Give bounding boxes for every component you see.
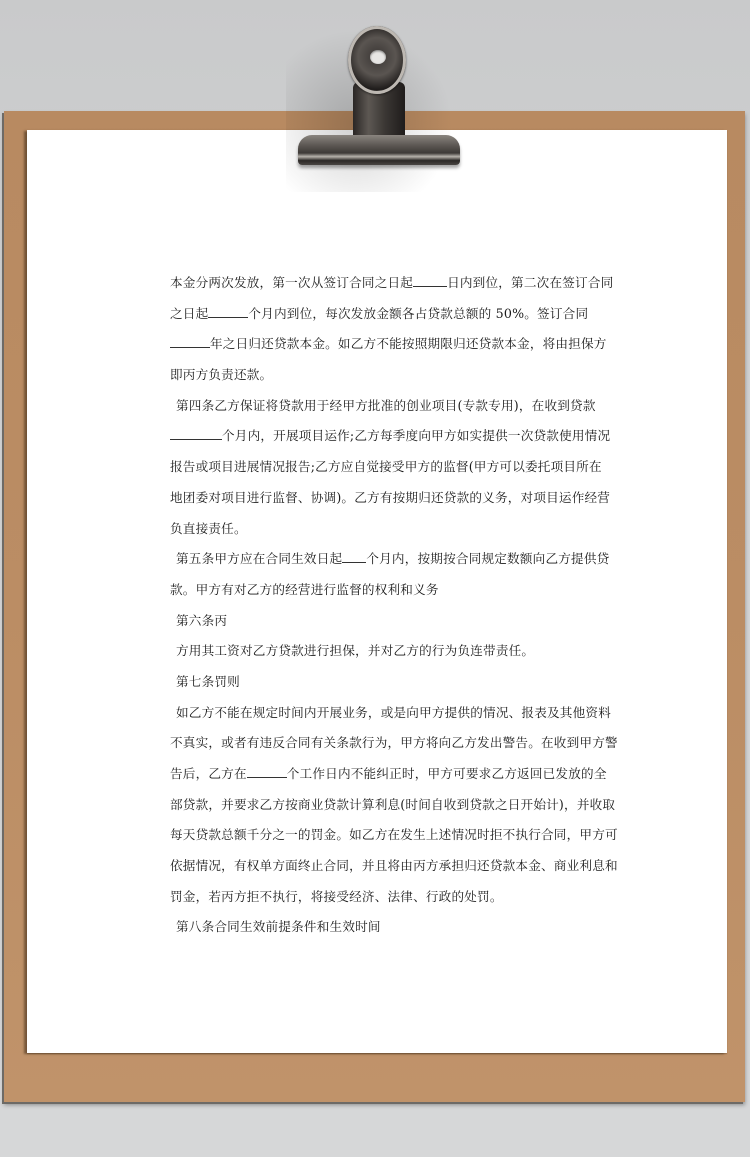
line-text: 第八条合同生效前提条件和生效时间 [176, 919, 381, 934]
line-text: 第四条乙方保证将贷款用于经甲方批准的创业项目(专款专用)，在收到贷款 [176, 398, 596, 413]
line-text: 负直接责任。 [170, 521, 247, 536]
fill-in-blank [208, 305, 248, 318]
line-text: 个月内，按期按合同规定数额向乙方提供贷 [366, 551, 609, 566]
line-text: 款。甲方有对乙方的经营进行监督的权利和义务 [170, 582, 439, 597]
line-text: 第六条丙 [176, 613, 227, 628]
line-text: 个月内到位，每次发放金额各占贷款总额的 50%。签订合同 [248, 306, 588, 321]
line-text: 罚金，若丙方拒不执行，将接受经济、法律、行政的处罚。 [170, 889, 503, 904]
fill-in-blank [413, 274, 447, 287]
line-text: 日内到位，第二次在签订合同 [447, 275, 613, 290]
line-text: 如乙方不能在规定时间内开展业务，或是向甲方提供的情况、报表及其他资料 [176, 705, 611, 720]
line-text: 第五条甲方应在合同生效日起 [176, 551, 342, 566]
document-line: 个月内，开展项目运作;乙方每季度向甲方如实提供一次贷款使用情况 [170, 426, 586, 457]
document-line: 第六条丙 [170, 611, 586, 642]
document-line: 年之日归还贷款本金。如乙方不能按照期限归还贷款本金，将由担保方 [170, 334, 586, 365]
line-text: 个工作日内不能纠正时，甲方可要求乙方返回已发放的全 [287, 766, 607, 781]
fill-in-blank [170, 427, 222, 440]
clip-ring-hole [370, 50, 386, 64]
document-line: 即丙方负责还款。 [170, 365, 586, 396]
line-text: 每天贷款总额千分之一的罚金。如乙方在发生上述情况时拒不执行合同，甲方可 [170, 827, 618, 842]
line-text: 即丙方负责还款。 [170, 367, 272, 382]
document-line: 方用其工资对乙方贷款进行担保，并对乙方的行为负连带责任。 [170, 641, 586, 672]
document-line: 每天贷款总额千分之一的罚金。如乙方在发生上述情况时拒不执行合同，甲方可 [170, 825, 586, 856]
document-body: 本金分两次发放，第一次从签订合同之日起日内到位，第二次在签订合同之日起个月内到位… [170, 273, 586, 948]
document-line: 第五条甲方应在合同生效日起个月内，按期按合同规定数额向乙方提供贷 [170, 549, 586, 580]
line-text: 之日起 [170, 306, 208, 321]
line-text: 个月内，开展项目运作;乙方每季度向甲方如实提供一次贷款使用情况 [222, 428, 610, 443]
fill-in-blank [247, 765, 287, 778]
document-line: 报告或项目进展情况报告;乙方应自觉接受甲方的监督(甲方可以委托项目所在 [170, 457, 586, 488]
document-line: 如乙方不能在规定时间内开展业务，或是向甲方提供的情况、报表及其他资料 [170, 703, 586, 734]
document-line: 第八条合同生效前提条件和生效时间 [170, 917, 586, 948]
fill-in-blank [342, 550, 366, 563]
document-line: 本金分两次发放，第一次从签订合同之日起日内到位，第二次在签订合同 [170, 273, 586, 304]
document-line: 罚金，若丙方拒不执行，将接受经济、法律、行政的处罚。 [170, 887, 586, 918]
document-line: 款。甲方有对乙方的经营进行监督的权利和义务 [170, 580, 586, 611]
document-line: 地团委对项目进行监督、协调)。乙方有按期归还贷款的义务，对项目运作经营 [170, 488, 586, 519]
line-text: 不真实，或者有违反合同有关条款行为，甲方将向乙方发出警告。在收到甲方警 [170, 735, 618, 750]
document-line: 第七条罚则 [170, 672, 586, 703]
document-line: 告后，乙方在个工作日内不能纠正时，甲方可要求乙方返回已发放的全 [170, 764, 586, 795]
line-text: 第七条罚则 [176, 674, 240, 689]
document-line: 之日起个月内到位，每次发放金额各占贷款总额的 50%。签订合同 [170, 304, 586, 335]
line-text: 报告或项目进展情况报告;乙方应自觉接受甲方的监督(甲方可以委托项目所在 [170, 459, 602, 474]
document-line: 第四条乙方保证将贷款用于经甲方批准的创业项目(专款专用)，在收到贷款 [170, 396, 586, 427]
line-text: 年之日归还贷款本金。如乙方不能按照期限归还贷款本金，将由担保方 [210, 336, 607, 351]
document-line: 负直接责任。 [170, 519, 586, 550]
line-text: 方用其工资对乙方贷款进行担保，并对乙方的行为负连带责任。 [176, 643, 534, 658]
binder-clip-icon [286, 22, 466, 172]
document-line: 不真实，或者有违反合同有关条款行为，甲方将向乙方发出警告。在收到甲方警 [170, 733, 586, 764]
clip-bar [298, 135, 460, 165]
line-text: 部贷款，并要求乙方按商业贷款计算利息(时间自收到贷款之日开始计)，并收取 [170, 797, 615, 812]
fill-in-blank [170, 335, 210, 348]
line-text: 本金分两次发放，第一次从签订合同之日起 [170, 275, 413, 290]
line-text: 地团委对项目进行监督、协调)。乙方有按期归还贷款的义务，对项目运作经营 [170, 490, 610, 505]
document-line: 依据情况，有权单方面终止合同，并且将由丙方承担归还贷款本金、商业利息和 [170, 856, 586, 887]
line-text: 告后，乙方在 [170, 766, 247, 781]
document-line: 部贷款，并要求乙方按商业贷款计算利息(时间自收到贷款之日开始计)，并收取 [170, 795, 586, 826]
line-text: 依据情况，有权单方面终止合同，并且将由丙方承担归还贷款本金、商业利息和 [170, 858, 618, 873]
